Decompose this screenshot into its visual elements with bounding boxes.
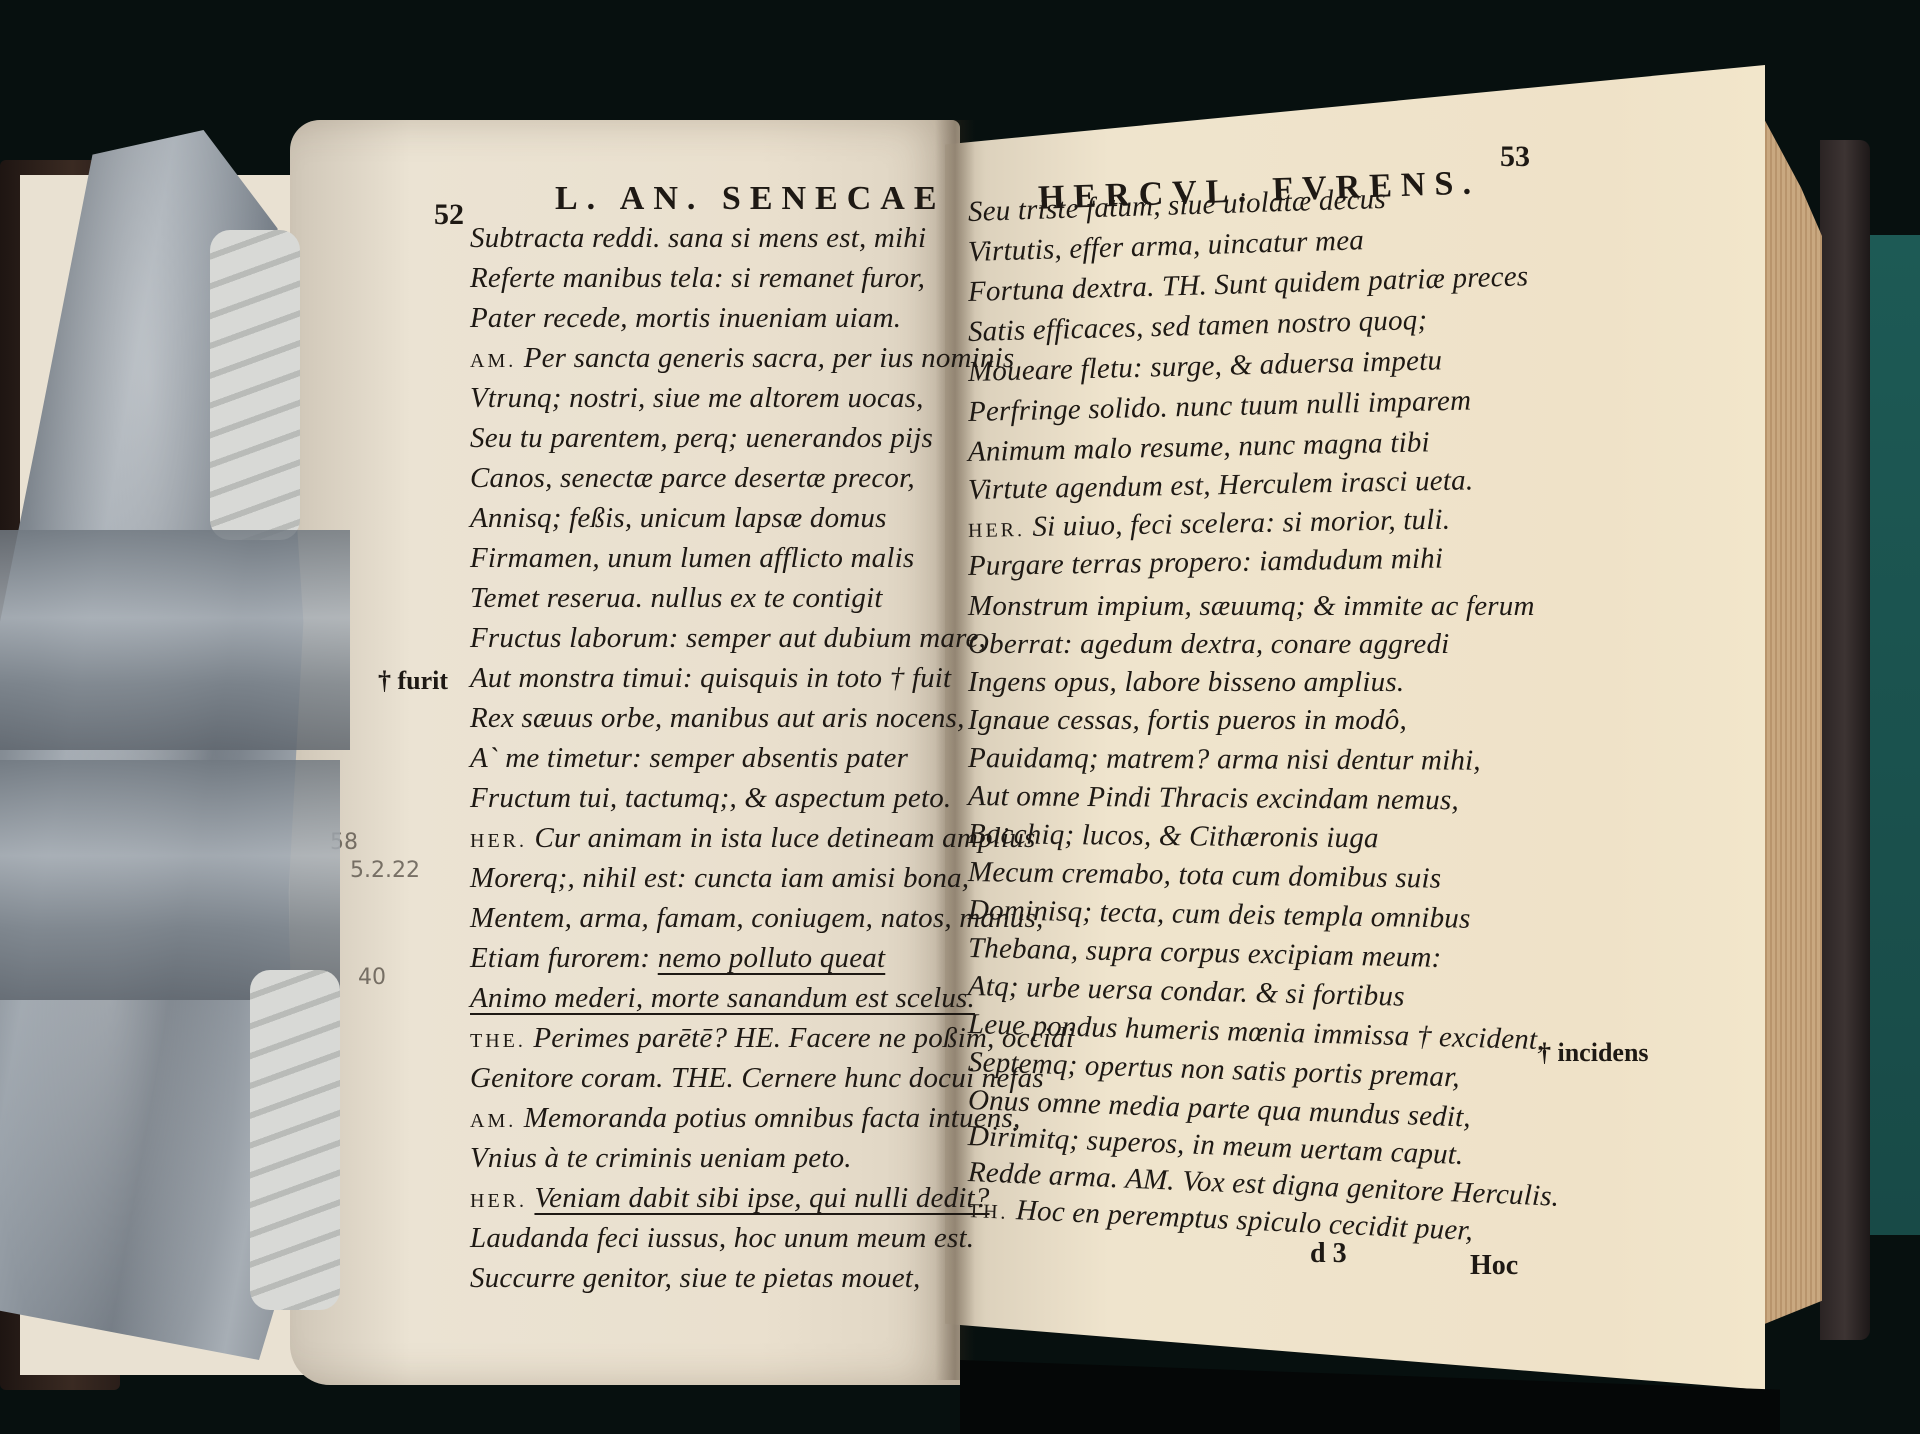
verse-line: Oberrat: agedum dextra, conare aggredi <box>968 628 1449 661</box>
speaker-label: HER. <box>470 830 527 852</box>
catchword: Hoc <box>1470 1250 1518 1282</box>
verse-line: Aut omne Pindi Thracis excindam nemus, <box>968 780 1459 817</box>
verse-line: Pater recede, mortis inueniam uiam. <box>470 302 901 335</box>
verse-line: Rex sæuus orbe, manibus aut aris nocens, <box>470 702 965 735</box>
book-cover-right <box>1820 140 1870 1340</box>
verse-line: Laudanda feci iussus, hoc unum meum est. <box>470 1222 974 1255</box>
pencil-annotation: 40 <box>358 965 386 990</box>
verse-line: Animo mederi, morte sanandum est scelus. <box>470 982 975 1015</box>
verse-line: Seu tu parentem, perq; uenerandos pijs <box>470 422 933 455</box>
verse-line: Monstrum impium, sæuumq; & immite ac fer… <box>968 590 1535 623</box>
signature-mark: d 3 <box>1310 1238 1347 1270</box>
verse-line: Vtrunq; nostri, siue me altorem uocas, <box>470 382 924 415</box>
verse-line: Genitore coram. THE. Cernere hunc docui … <box>470 1062 1044 1095</box>
underlined-passage: nemo polluto queat <box>658 942 886 974</box>
verse-line: Etiam furorem: nemo polluto queat <box>470 942 885 975</box>
tape-filling-upper <box>210 230 300 540</box>
page-block-edges <box>1762 115 1822 1325</box>
verse-line: AM. Per sancta generis sacra, per ius no… <box>470 342 1014 375</box>
speaker-label: TH. <box>967 1200 1009 1224</box>
verse-line: Fructus laborum: semper aut dubium mare, <box>470 622 986 655</box>
verse-line: Mentem, arma, famam, coniugem, natos, ma… <box>470 902 1043 935</box>
verse-line: A` me timetur: semper absentis pater <box>470 742 908 775</box>
verse-line: Fructum tui, tactumq;, & aspectum peto. <box>470 782 951 815</box>
speaker-label: AM. <box>470 350 516 372</box>
tape-filling-lower <box>250 970 340 1310</box>
duct-tape-band-upper <box>0 530 350 750</box>
speaker-label: HER. <box>470 1190 527 1212</box>
verse-line: HER. Cur animam in ista luce detineam am… <box>470 822 1035 855</box>
verse-line: Aut monstra timui: quisquis in toto † fu… <box>470 662 951 695</box>
photo-scene: 52 L. AN. SENECAE Subtracta reddi. sana … <box>0 0 1920 1434</box>
verse-line: Ingens opus, labore bisseno amplius. <box>968 666 1404 699</box>
folio-right: 53 <box>1500 140 1530 174</box>
marginal-note-left: † furit <box>378 666 448 696</box>
verse-line: Bacchiq; lucos, & Cithæronis iuga <box>968 818 1379 855</box>
speaker-label: HER. <box>968 519 1025 542</box>
duct-tape-band-lower <box>0 760 340 1000</box>
verse-line: Referte manibus tela: si remanet furor, <box>470 262 925 295</box>
verse-line: HER. Veniam dabit sibi ipse, qui nulli d… <box>470 1182 990 1215</box>
marginal-note-right: † incidens <box>1538 1038 1649 1068</box>
speaker-label: AM. <box>470 1110 516 1132</box>
underlined-passage: Veniam dabit sibi ipse, qui nulli dedit? <box>534 1182 989 1214</box>
verse-line: Vnius à te criminis ueniam peto. <box>470 1142 852 1175</box>
underlined-passage: Animo mederi, morte sanandum est scelus. <box>470 982 975 1014</box>
pencil-annotation: 5.2.22 <box>350 858 420 883</box>
verse-line: AM. Memoranda potius omnibus facta intue… <box>470 1102 1020 1135</box>
verse-line: Annisq; feßis, unicum lapsæ domus <box>470 502 887 535</box>
verse-line: Temet reserua. nullus ex te contigit <box>470 582 883 615</box>
verse-line: Mecum cremabo, tota cum domibus suis <box>968 856 1442 896</box>
verse-line: Ignaue cessas, fortis pueros in modô, <box>968 704 1407 737</box>
verse-line: Morerq;, nihil est: cuncta iam amisi bon… <box>470 862 969 895</box>
verse-line: Firmamen, unum lumen afflicto malis <box>470 542 914 575</box>
verse-line: Succurre genitor, siue te pietas mouet, <box>470 1262 921 1295</box>
verse-line: Canos, senectæ parce desertæ precor, <box>470 462 915 495</box>
folio-left: 52 <box>434 198 464 232</box>
verse-line: Pauidamq; matrem? arma nisi dentur mihi, <box>968 742 1481 778</box>
verse-line: Subtracta reddi. sana si mens est, mihi <box>470 222 926 255</box>
running-head-left: L. AN. SENECAE <box>555 180 946 218</box>
speaker-label: THE. <box>470 1030 526 1052</box>
